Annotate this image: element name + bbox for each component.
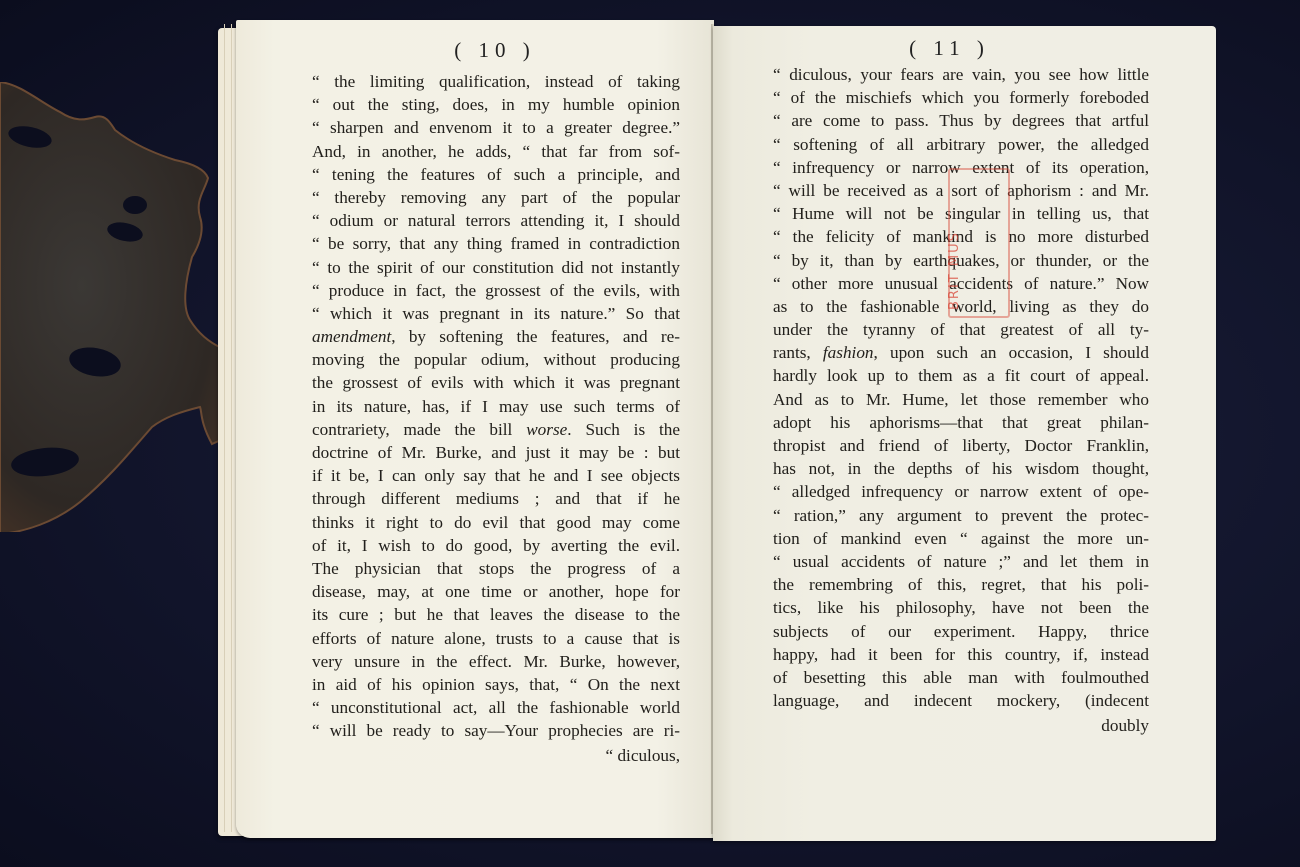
text-line: in aid of his opinion says, that, “ On t… <box>312 673 680 696</box>
text-line: language, and indecent mockery, (indecen… <box>773 689 1149 712</box>
text-line: “ be sorry, that any thing framed in con… <box>312 232 680 255</box>
text-line: “ of the mischiefs which you formerly fo… <box>773 86 1149 109</box>
text-line: And as to Mr. Hume, let those remember w… <box>773 388 1149 411</box>
text-line: “ which it was pregnant in its nature.” … <box>312 302 680 325</box>
text-line: amendment, by softening the features, an… <box>312 325 680 348</box>
text-line: “ ration,” any argument to prevent the p… <box>773 504 1149 527</box>
text-line: under the tyranny of that greatest of al… <box>773 318 1149 341</box>
text-line: in its nature, has, if I may use such te… <box>312 395 680 418</box>
text-line: “ unconstitutional act, all the fashiona… <box>312 696 680 719</box>
text-line: tion of mankind even “ against the more … <box>773 527 1149 550</box>
text-line: “ will be ready to say—Your prophecies a… <box>312 719 680 742</box>
text-line: the grossest of evils with which it was … <box>312 371 680 394</box>
text-line: “ sharpen and envenom it to a greater de… <box>312 116 680 139</box>
text-line: if it be, I can only say that he and I s… <box>312 464 680 487</box>
text-line: “ alledged infrequency or narrow extent … <box>773 480 1149 503</box>
text-line: its cure ; but he that leaves the diseas… <box>312 603 680 626</box>
text-line: rants, fashion, upon such an occasion, I… <box>773 341 1149 364</box>
left-page-text: “ the limiting qualification, instead of… <box>312 70 680 768</box>
text-line: disease, may, at one time or another, ho… <box>312 580 680 603</box>
text-line: of it, I wish to do good, by averting th… <box>312 534 680 557</box>
italic-word: amendment <box>312 327 391 346</box>
text-line: “ out the sting, does, in my humble opin… <box>312 93 680 116</box>
italic-word: worse <box>526 420 567 439</box>
text-line: very unsure in the effect. Mr. Burke, ho… <box>312 650 680 673</box>
text-line: “ the limiting qualification, instead of… <box>312 70 680 93</box>
text-line: efforts of nature alone, trusts to a cau… <box>312 627 680 650</box>
text-line: adopt his aphorisms—that that great phil… <box>773 411 1149 434</box>
text-line: “ tening the features of such a principl… <box>312 163 680 186</box>
text-line: “ softening of all arbitrary power, the … <box>773 133 1149 156</box>
text-line: “ to the spirit of our constitution did … <box>312 256 680 279</box>
text-line: thinks it right to do evil that good may… <box>312 511 680 534</box>
text-line: “ thereby removing any part of the popul… <box>312 186 680 209</box>
catchword-left: “ diculous, <box>312 744 680 767</box>
text-line: “ are come to pass. Thus by degrees that… <box>773 109 1149 132</box>
text-line: thropist and friend of liberty, Doctor F… <box>773 434 1149 457</box>
text-line: doctrine of Mr. Burke, and just it may b… <box>312 441 680 464</box>
text-line: “ odium or natural terrors attending it,… <box>312 209 680 232</box>
text-line: “ usual accidents of nature ;” and let t… <box>773 550 1149 573</box>
text-line: subjects of our experiment. Happy, thric… <box>773 620 1149 643</box>
page-number-left: ( 10 ) <box>236 38 714 63</box>
text-line: tics, like his philosophy, have not been… <box>773 596 1149 619</box>
text-line: The physician that stops the progress of… <box>312 557 680 580</box>
italic-word: fashion <box>823 343 874 362</box>
right-page: ( 11 ) “ diculous, your fears are vain, … <box>713 26 1216 841</box>
text-line: has not, in the depths of his wisdom tho… <box>773 457 1149 480</box>
text-line: the remembring of this, regret, that his… <box>773 573 1149 596</box>
catchword-right: doubly <box>773 714 1149 737</box>
text-line: contrariety, made the bill worse. Such i… <box>312 418 680 441</box>
text-line: of besetting this able man with foulmout… <box>773 666 1149 689</box>
text-line: hardly look up to them as a fit court of… <box>773 364 1149 387</box>
text-line: through different mediums ; and that if … <box>312 487 680 510</box>
page-number-right: ( 11 ) <box>713 36 1216 61</box>
text-line: happy, had it been for this country, if,… <box>773 643 1149 666</box>
text-line: “ produce in fact, the grossest of the e… <box>312 279 680 302</box>
left-page: ( 10 ) “ the limiting qualification, ins… <box>236 20 714 838</box>
book-photo-scene: ( 10 ) “ the limiting qualification, ins… <box>0 0 1300 867</box>
text-line: And, in another, he adds, “ that far fro… <box>312 140 680 163</box>
text-line: moving the popular odium, without produc… <box>312 348 680 371</box>
text-line: “ diculous, your fears are vain, you see… <box>773 63 1149 86</box>
library-stamp: BRIT MUS <box>948 160 1008 310</box>
